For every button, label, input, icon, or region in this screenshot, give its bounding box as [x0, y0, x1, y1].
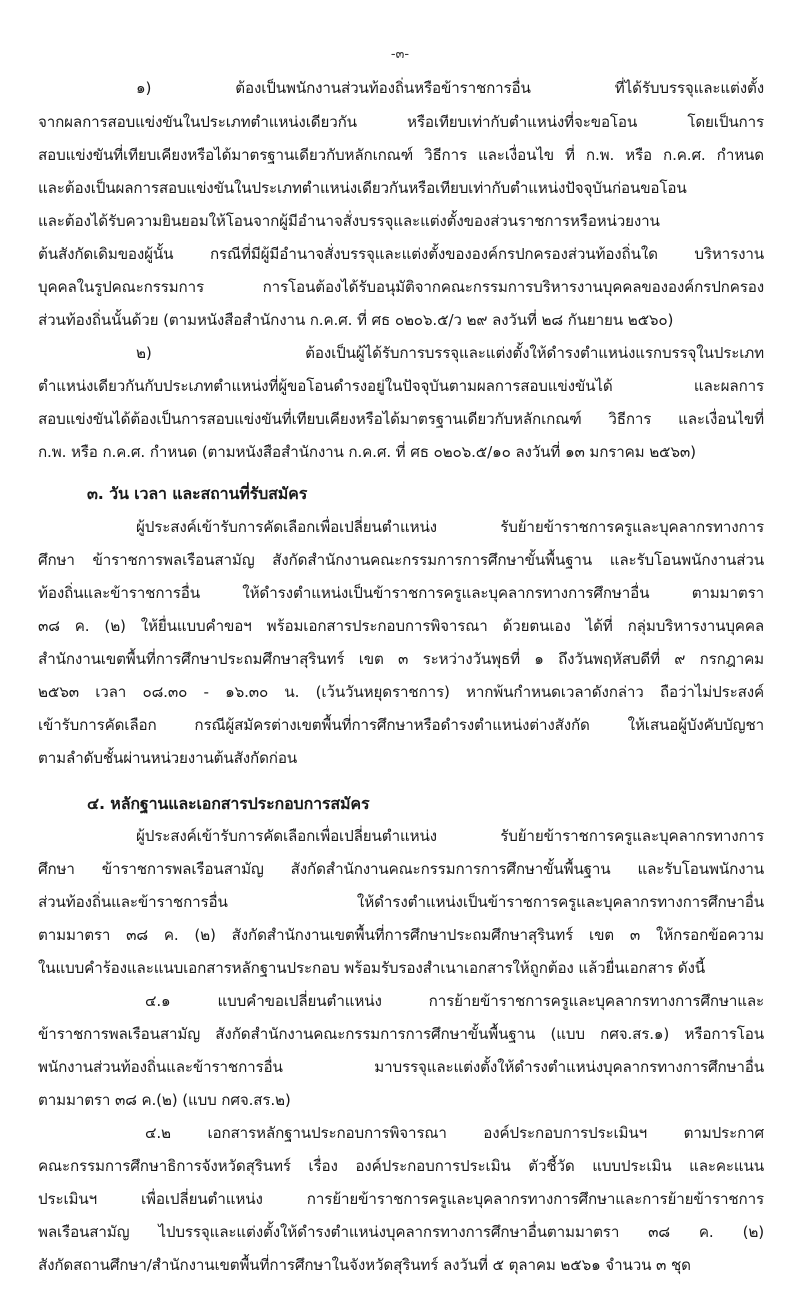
- section-heading-4: ๔. หลักฐานและเอกสารประกอบการสมัคร: [87, 794, 800, 814]
- paragraph-line: ศึกษา ข้าราชการพลเรือนสามัญ สังกัดสำนักง…: [38, 859, 764, 879]
- paragraph-line: ๔.๒ เอกสารหลักฐานประกอบการพิจารณา องค์ปร…: [145, 1123, 764, 1143]
- section-heading-3: ๓. วัน เวลา และสถานที่รับสมัคร: [87, 484, 800, 504]
- paragraph-line: บุคคลในรูปคณะกรรมการ การโอนต้องได้รับอนุ…: [38, 277, 764, 297]
- paragraph-line: ตามลำดับชั้นผ่านหน่วยงานต้นสังกัดก่อน: [38, 748, 764, 768]
- paragraph-line: ในแบบคำร้องและแนบเอกสารหลักฐานประกอบ พร้…: [38, 958, 764, 978]
- paragraph-line: ตำแหน่งเดียวกันกับประเภทตำแหน่งที่ผู้ขอโ…: [38, 376, 764, 396]
- paragraph-line: สังกัดสถานศึกษา/สำนักงานเขตพื้นที่การศึก…: [38, 1255, 764, 1275]
- page-number: -๓-: [0, 43, 800, 64]
- paragraph-line: ๑) ต้องเป็นพนักงานส่วนท้องถิ่นหรือข้าราช…: [136, 78, 764, 98]
- paragraph-line: สอบแข่งขันที่เทียบเคียงหรือได้มาตรฐานเดี…: [38, 145, 764, 165]
- paragraph-line: ผู้ประสงค์เข้ารับการคัดเลือกเพื่อเปลี่ยน…: [136, 826, 764, 846]
- document-page: -๓- ๑) ต้องเป็นพนักงานส่วนท้องถิ่นหรือข้…: [0, 0, 800, 1290]
- paragraph-line: ต้นสังกัดเดิมของผู้นั้น กรณีที่มีผู้มีอำ…: [38, 244, 764, 264]
- paragraph-line: ประเมินฯ เพื่อเปลี่ยนตำแหน่ง การย้ายข้าร…: [38, 1189, 764, 1209]
- paragraph-line: ศึกษา ข้าราชการพลเรือนสามัญ สังกัดสำนักง…: [38, 550, 764, 570]
- paragraph-line: ตามมาตรา ๓๘ ค. (๒) สังกัดสำนักงานเขตพื้น…: [38, 925, 764, 945]
- paragraph-line: ก.พ. หรือ ก.ค.ศ. กำหนด (ตามหนังสือสำนักง…: [38, 442, 764, 462]
- paragraph-line: จากผลการสอบแข่งขันในประเภทตำแหน่งเดียวกั…: [38, 112, 764, 132]
- paragraph-line: ตามมาตรา ๓๘ ค.(๒) (แบบ กศจ.สร.๒): [38, 1090, 764, 1110]
- paragraph-line: สอบแข่งขันได้ต้องเป็นการสอบแข่งขันที่เที…: [38, 409, 764, 429]
- paragraph-line: ส่วนท้องถิ่นและข้าราชการอื่น ให้ดำรงตำแห…: [38, 892, 764, 912]
- paragraph-line: ๓๘ ค. (๒) ให้ยื่นแบบคำขอฯ พร้อมเอกสารประ…: [38, 616, 764, 636]
- paragraph-line: และต้องได้รับความยินยอมให้โอนจากผู้มีอำน…: [38, 211, 764, 231]
- paragraph-line: ผู้ประสงค์เข้ารับการคัดเลือกเพื่อเปลี่ยน…: [136, 517, 764, 537]
- paragraph-line: ๔.๑ แบบคำขอเปลี่ยนตำแหน่ง การย้ายข้าราชก…: [145, 991, 764, 1011]
- paragraph-line: คณะกรรมการศึกษาธิการจังหวัดสุรินทร์ เรื่…: [38, 1156, 764, 1176]
- paragraph-line: สำนักงานเขตพื้นที่การศึกษาประถมศึกษาสุริ…: [38, 649, 764, 669]
- paragraph-line: และต้องเป็นผลการสอบแข่งขันในประเภทตำแหน่…: [38, 178, 764, 198]
- paragraph-line: ส่วนท้องถิ่นนั้นด้วย (ตามหนังสือสำนักงาน…: [38, 310, 764, 330]
- paragraph-line: ๒) ต้องเป็นผู้ได้รับการบรรจุและแต่งตั้งใ…: [136, 343, 764, 363]
- paragraph-line: ๒๕๖๓ เวลา ๐๘.๓๐ - ๑๖.๓๐ น. (เว้นวันหยุดร…: [38, 682, 764, 702]
- paragraph-line: ท้องถิ่นและข้าราชการอื่น ให้ดำรงตำแหน่งเ…: [38, 583, 764, 603]
- paragraph-line: พนักงานส่วนท้องถิ่นและข้าราชการอื่น มาบร…: [38, 1057, 764, 1077]
- paragraph-line: เข้ารับการคัดเลือก กรณีผู้สมัครต่างเขตพื…: [38, 715, 764, 735]
- paragraph-line: ข้าราชการพลเรือนสามัญ สังกัดสำนักงานคณะก…: [38, 1024, 764, 1044]
- paragraph-line: พลเรือนสามัญ ไปบรรจุและแต่งตั้งให้ดำรงตำ…: [38, 1222, 764, 1242]
